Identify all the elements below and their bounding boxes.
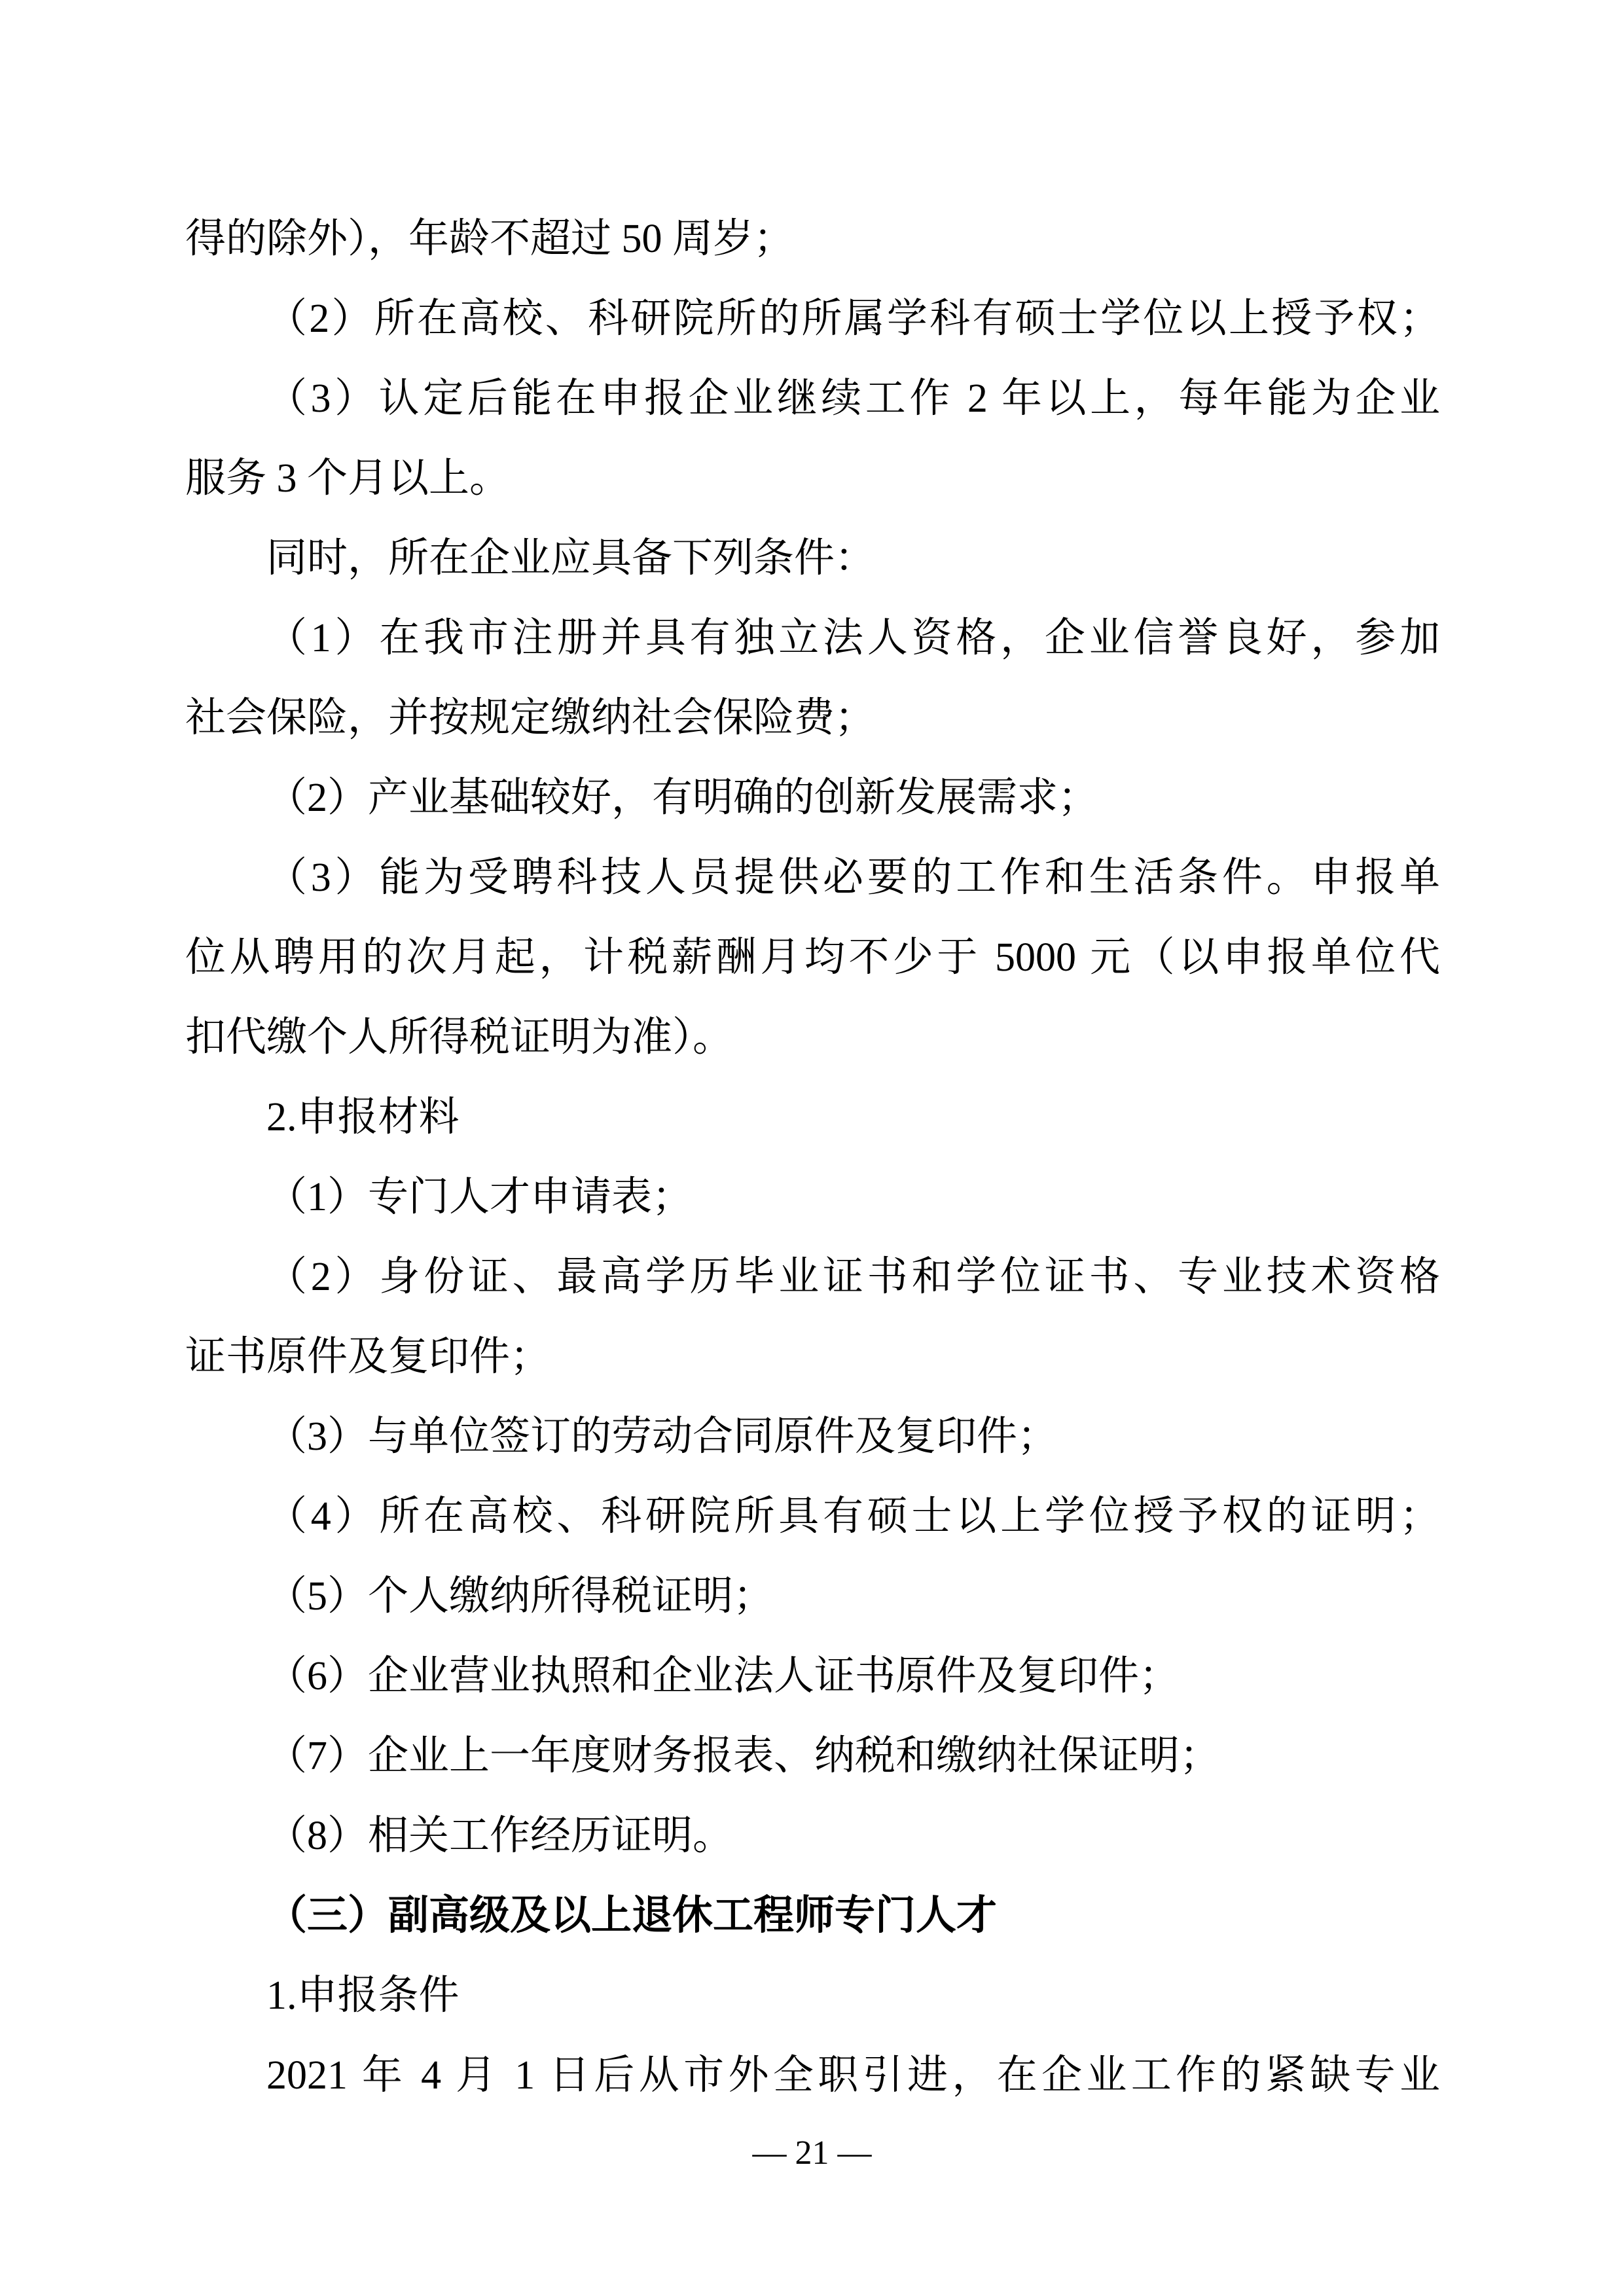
document-body: 得的除外），年龄不超过 50 周岁；（2）所在高校、科研院所的所属学科有硕士学位… bbox=[185, 199, 1440, 2115]
text-line: 社会保险，并按规定缴纳社会保险费； bbox=[185, 678, 1440, 758]
text-line: 位从聘用的次月起，计税薪酬月均不少于 5000 元（以申报单位代 bbox=[185, 918, 1440, 997]
text-line: 同时，所在企业应具备下列条件： bbox=[185, 518, 1440, 598]
text-line: 证书原件及复印件； bbox=[185, 1317, 1440, 1397]
text-line: （3）认定后能在申报企业继续工作 2 年以上，每年能为企业 bbox=[185, 359, 1440, 439]
text-line: （1）在我市注册并具有独立法人资格，企业信誉良好，参加 bbox=[185, 598, 1440, 678]
text-line: （2）身份证、最高学历毕业证书和学位证书、专业技术资格 bbox=[185, 1237, 1440, 1317]
text-line: （7）企业上一年度财务报表、纳税和缴纳社保证明； bbox=[185, 1716, 1440, 1796]
text-line: 2.申报材料 bbox=[185, 1077, 1440, 1157]
text-line: （3）与单位签订的劳动合同原件及复印件； bbox=[185, 1397, 1440, 1477]
text-line: 2021 年 4 月 1 日后从市外全职引进，在企业工作的紧缺专业 bbox=[185, 2036, 1440, 2115]
document-page: 得的除外），年龄不超过 50 周岁；（2）所在高校、科研院所的所属学科有硕士学位… bbox=[0, 0, 1624, 2296]
text-line: （3）能为受聘科技人员提供必要的工作和生活条件。申报单 bbox=[185, 838, 1440, 918]
text-line: 服务 3 个月以上。 bbox=[185, 439, 1440, 518]
text-line: （5）个人缴纳所得税证明； bbox=[185, 1556, 1440, 1636]
section-heading: （三）副高级及以上退休工程师专门人才 bbox=[185, 1876, 1440, 1956]
text-line: 得的除外），年龄不超过 50 周岁； bbox=[185, 199, 1440, 279]
text-line: （4）所在高校、科研院所具有硕士以上学位授予权的证明； bbox=[185, 1477, 1440, 1556]
text-line: 1.申报条件 bbox=[185, 1956, 1440, 2036]
page-number: — 21 — bbox=[0, 2128, 1624, 2178]
text-line: （1）专门人才申请表； bbox=[185, 1157, 1440, 1237]
text-line: （8）相关工作经历证明。 bbox=[185, 1796, 1440, 1876]
text-line: （2）产业基础较好，有明确的创新发展需求； bbox=[185, 758, 1440, 838]
text-line: （2）所在高校、科研院所的所属学科有硕士学位以上授予权； bbox=[185, 279, 1440, 359]
text-line: 扣代缴个人所得税证明为准）。 bbox=[185, 997, 1440, 1077]
text-line: （6）企业营业执照和企业法人证书原件及复印件； bbox=[185, 1636, 1440, 1716]
